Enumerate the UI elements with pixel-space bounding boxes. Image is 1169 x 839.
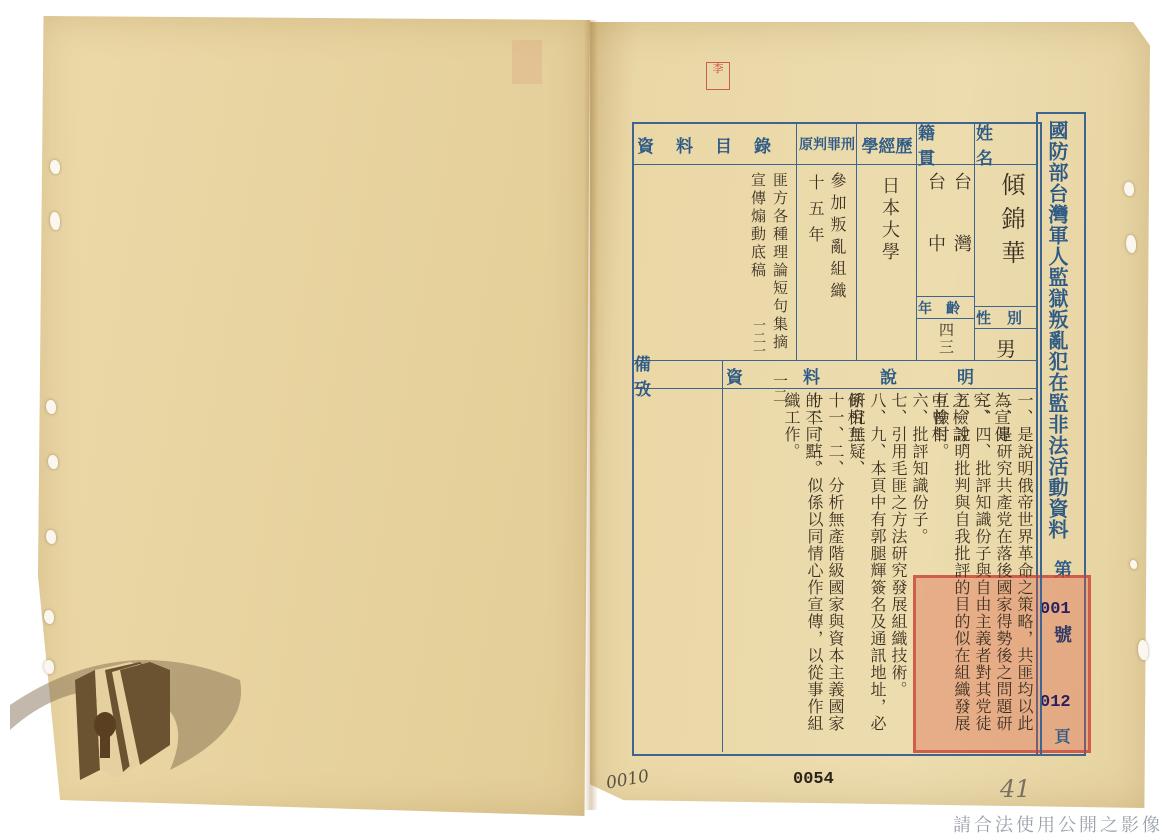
native-place-value-2: 台中 [922,172,948,296]
header-data-catalog: 資料目錄 [634,124,796,164]
catalog-item-2-pages: 一二一 [748,318,767,357]
divider [796,122,797,360]
explanation-line: 一、是說明俄帝世界革命之策略，共匪均以此為宣傳 [1017,392,1036,748]
page-unit: 頁 [1050,728,1073,744]
header-name: 姓名 [976,124,1036,164]
header-original-sentence: 原判罪刑 [798,124,856,164]
faded-seal [512,40,542,84]
page-number: 012 [1040,693,1071,712]
gender-value: 男 [996,333,1020,362]
explanation-body: 一、是說明俄帝世界革命之策略，共匪均以此為宣傳 二、是研究共產党在落後國家得勢後… [800,392,1036,748]
volume-number: 001 [1040,600,1071,619]
remarks-cell [634,390,722,750]
header-remarks: 備攷 [634,362,722,388]
divider [916,122,917,360]
punch-hole [46,530,56,544]
small-red-seal: 李 [706,62,730,90]
archive-logo [0,640,250,790]
usage-watermark: 請合法使用公開之影像 [953,811,1163,837]
binding-spine [584,20,598,810]
stamped-page-number: 0054 [793,770,834,789]
document-title: 國防部台灣軍人監獄叛亂犯在監非法活動資料 [1043,120,1072,570]
punch-hole [1126,235,1136,253]
punch-hole [1138,640,1148,660]
handwritten-number-right: 41 [1000,775,1031,803]
volume-unit: 號 [1048,625,1074,643]
education-value: 日本大學 [876,176,902,264]
punch-hole [50,160,60,174]
divider [856,122,857,360]
punch-hole [1124,182,1134,196]
divider [722,360,723,752]
divider [916,318,974,319]
divider [974,328,1038,329]
header-gender: 性別 [976,306,1038,328]
native-place-value-1: 台灣 [948,172,974,296]
punch-hole [50,212,60,230]
punch-hole [44,610,54,624]
header-data-explanation: 資料說明 [724,362,1036,388]
crime-value: 參加叛亂組織 [826,172,849,304]
name-value: 傾錦華 [994,172,1029,274]
divider [974,122,975,360]
age-value: 四三 [936,322,957,356]
catalog-item-2: 宣傳煽動底稿 [748,172,769,280]
header-native-place: 籍貫 [918,124,974,164]
header-age: 年齡 [918,297,974,318]
punch-hole [46,400,56,414]
punch-hole [1130,560,1137,569]
sentence-value: 十五年 [804,174,827,252]
header-education: 學經歷 [858,124,916,164]
punch-hole [48,455,58,469]
